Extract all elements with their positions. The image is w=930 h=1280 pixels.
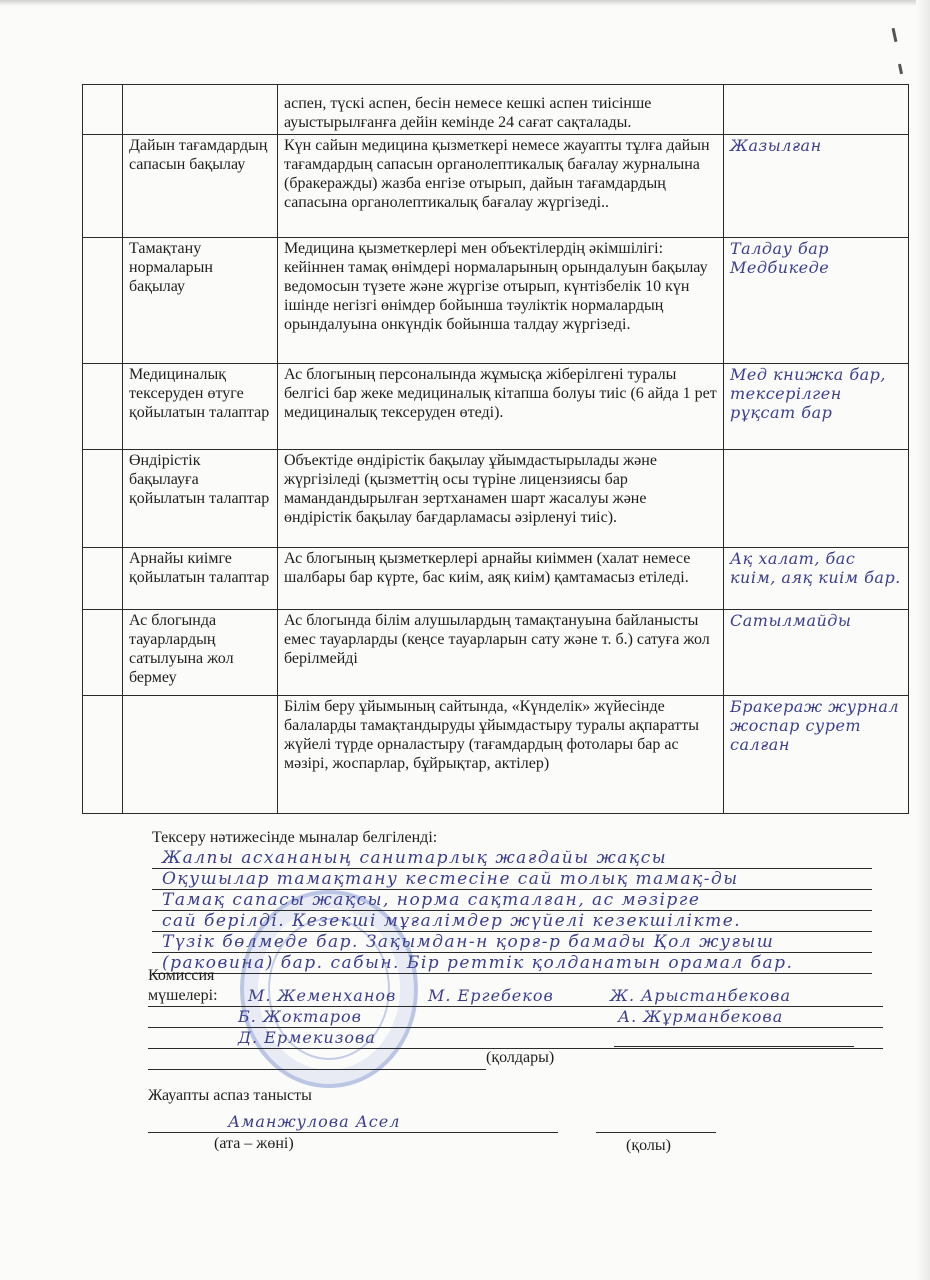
table-row: Өндірістік бақылауға қойылатын талаптарО… — [83, 450, 909, 548]
note-cell — [724, 450, 909, 548]
member-signature: А. Жұрманбекова — [618, 1007, 783, 1027]
note-cell: Жазылған — [724, 135, 909, 238]
table-row: Білім беру ұйымының сайтында, «Күнделік»… — [83, 696, 909, 814]
note-cell: Мед книжка бар, тексерілген рұқсат бар — [724, 364, 909, 450]
row-number — [83, 135, 123, 238]
requirement-cell: Ас блогында тауарлардың сатылуына жол бе… — [123, 610, 278, 696]
inspection-results: Тексеру нәтижесінде мыналар белгіленді: … — [152, 828, 872, 974]
cook-signature-line — [596, 1112, 716, 1133]
row-number — [83, 364, 123, 450]
note-cell: Сатылмайды — [724, 610, 909, 696]
description-cell: Ас блогының қызметкерлері арнайы киіммен… — [278, 548, 724, 610]
signatures-caption: (қолдары) — [486, 1048, 554, 1068]
requirement-cell: Дайын тағамдардың сапасын бақылау — [123, 135, 278, 238]
margin-mark — [892, 28, 898, 42]
description-cell: Ас блогында білім алушылардың тамақтануы… — [278, 610, 724, 696]
cook-label: Жауапты аспаз танысты — [148, 1086, 312, 1106]
note-cell: Ақ халат, бас киім, аяқ киім бар. — [724, 548, 909, 610]
requirement-cell — [123, 85, 278, 135]
row-number — [83, 610, 123, 696]
note-cell — [724, 85, 909, 135]
note-cell: Талдау бар Медбикеде — [724, 238, 909, 364]
member-signature: М. Жеменханов — [248, 986, 396, 1006]
table-row: Медициналық тексеруден өтуге қойылатын т… — [83, 364, 909, 450]
results-label: Тексеру нәтижесінде мыналар белгіленді: — [152, 828, 872, 848]
results-line: Оқушылар тамақтану кестесіне сай толық т… — [152, 869, 872, 890]
results-line: Түзік бөлмеде бар. Зақымдан-н қорғ-р бам… — [152, 932, 872, 953]
member-signature: М. Ергебеков — [428, 986, 554, 1006]
member-signature: Д. Ермекизова — [238, 1028, 376, 1048]
requirement-cell: Медициналық тексеруден өтуге қойылатын т… — [123, 364, 278, 450]
scan-top-edge — [0, 0, 930, 6]
signature-line — [614, 1046, 854, 1047]
member-signature: Ж. Арыстанбекова — [610, 986, 791, 1006]
cook-name: Аманжулова Асел — [228, 1112, 400, 1131]
row-number — [83, 548, 123, 610]
requirement-cell: Өндірістік бақылауға қойылатын талаптар — [123, 450, 278, 548]
requirement-cell — [123, 696, 278, 814]
table-row: аспен, түскі аспен, бесін немесе кешкі а… — [83, 85, 909, 135]
description-cell: Білім беру ұйымының сайтында, «Күнделік»… — [278, 696, 724, 814]
results-line: Тамақ сапасы жақсы, норма сақталған, ас … — [152, 890, 872, 911]
row-number — [83, 85, 123, 135]
inspection-table: аспен, түскі аспен, бесін немесе кешкі а… — [82, 84, 909, 814]
note-cell: Бракераж журнал жоспар сурет салған — [724, 696, 909, 814]
table-row: Ас блогында тауарлардың сатылуына жол бе… — [83, 610, 909, 696]
table-row: Арнайы киімге қойылатын талаптарАс блогы… — [83, 548, 909, 610]
signature-line: мүшелері: М. Жеменханов М. Ергебеков Ж. … — [148, 986, 883, 1007]
cook-name-caption: (ата – жөні) — [214, 1134, 294, 1154]
cook-name-line: Аманжулова Асел — [148, 1112, 558, 1133]
row-number — [83, 696, 123, 814]
description-cell: аспен, түскі аспен, бесін немесе кешкі а… — [278, 85, 724, 135]
cook-signature-caption: (қолы) — [626, 1136, 671, 1156]
commission-block: Комиссия мүшелері: М. Жеменханов М. Ерге… — [148, 966, 883, 1070]
row-number — [83, 238, 123, 364]
table-row: Тамақтану нормаларын бақылауМедицина қыз… — [83, 238, 909, 364]
signature-line — [148, 1049, 486, 1070]
results-line: Жалпы асхананың санитарлық жағдайы жақсы — [152, 848, 872, 869]
signature-line: Б. Жоктаров А. Жұрманбекова — [148, 1007, 883, 1028]
scan-right-edge — [916, 0, 930, 1280]
description-cell: Күн сайын медицина қызметкері немесе жау… — [278, 135, 724, 238]
commission-label: Комиссия — [148, 966, 883, 986]
results-line: сай берілді. Кезекші мұғалімдер жүйелі к… — [152, 911, 872, 932]
members-label: мүшелері: — [148, 987, 218, 1004]
requirement-cell: Арнайы киімге қойылатын талаптар — [123, 548, 278, 610]
table-row: Дайын тағамдардың сапасын бақылауКүн сай… — [83, 135, 909, 238]
member-signature: Б. Жоктаров — [238, 1007, 362, 1027]
requirement-cell: Тамақтану нормаларын бақылау — [123, 238, 278, 364]
description-cell: Ас блогының персоналында жұмысқа жіберіл… — [278, 364, 724, 450]
margin-mark — [898, 64, 903, 74]
row-number — [83, 450, 123, 548]
description-cell: Медицина қызметкерлері мен объектілердің… — [278, 238, 724, 364]
description-cell: Объектіде өндірістік бақылау ұйымдастыры… — [278, 450, 724, 548]
